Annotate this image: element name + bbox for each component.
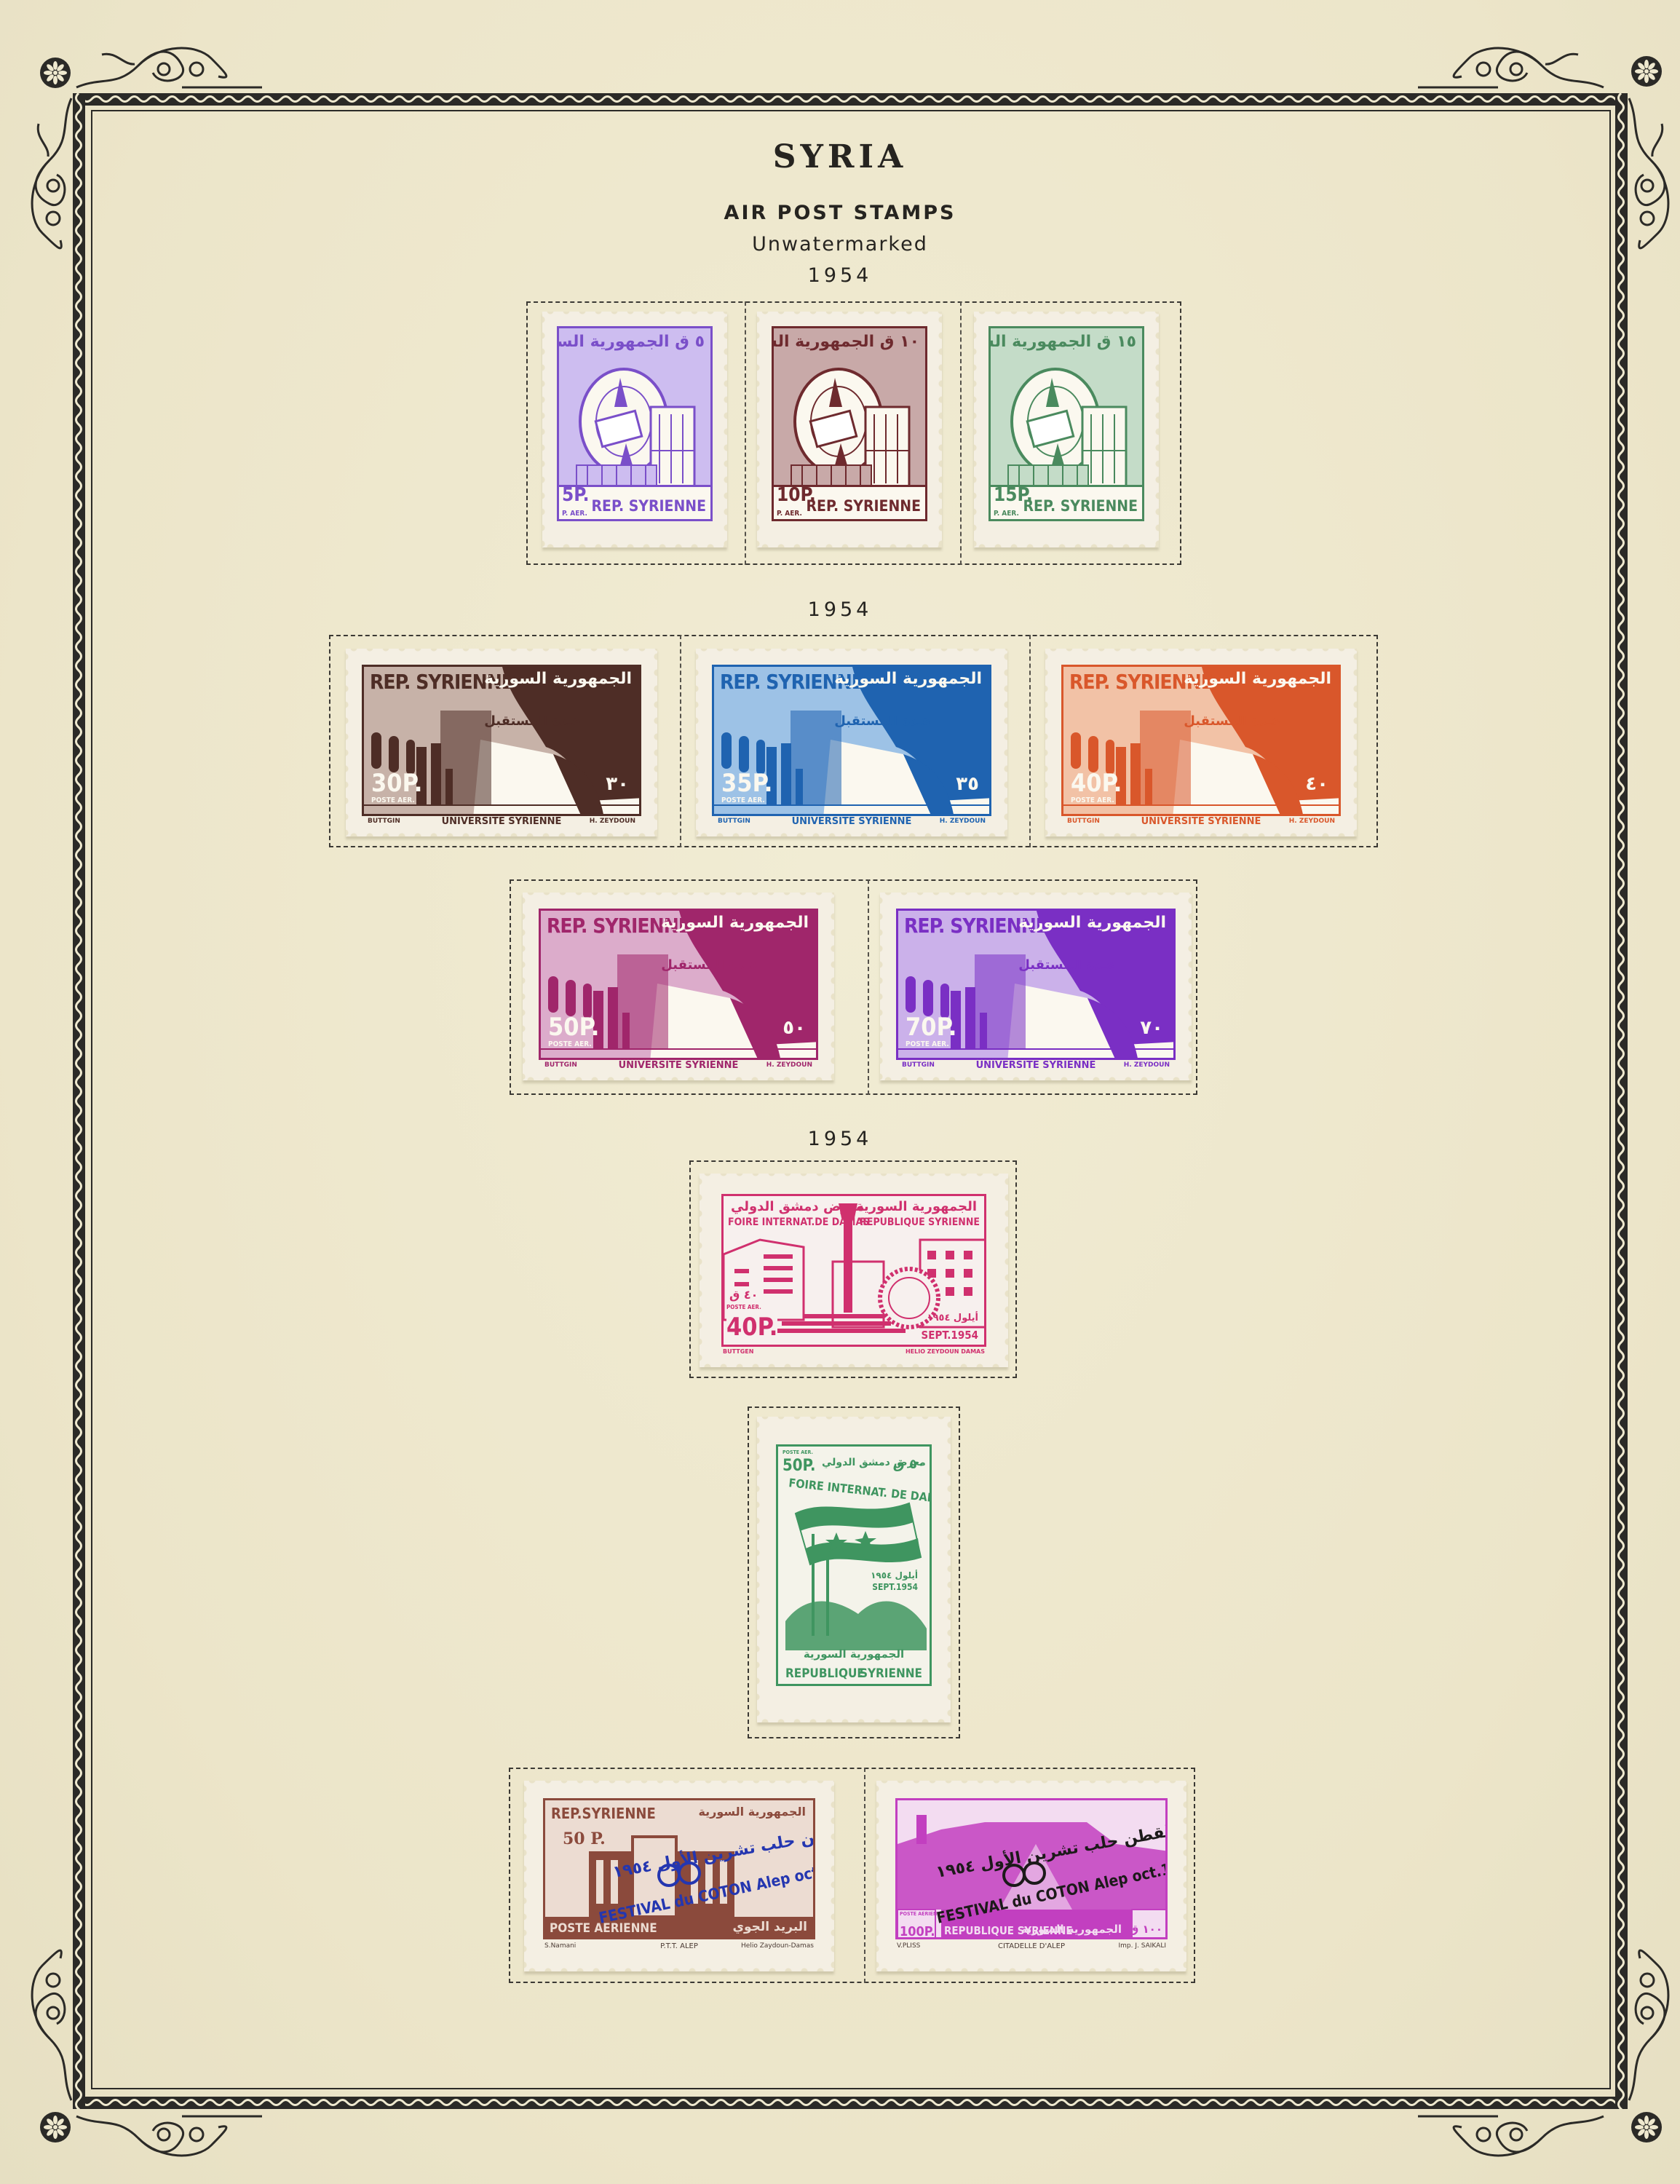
stamp[interactable]: REP. SYRIENNEالجمهورية السوريةعـدة المست… xyxy=(696,649,1007,836)
stamp-value-sub: P. AER. xyxy=(994,510,1019,518)
stamp-arabic-value: ٤٠ ق xyxy=(729,1288,758,1302)
stamp-value: 50P. xyxy=(548,1013,599,1042)
stamp-value-sub: P. AER. xyxy=(562,510,587,518)
flourish-ornament-icon xyxy=(1411,36,1607,95)
border-band-top xyxy=(73,93,1628,106)
stamp-design: POSTE AERIENNE100P.REPUBLIQUE SYRIENNEال… xyxy=(895,1798,1168,1939)
stamp-arabic-caption: عـدة المستقبل xyxy=(661,957,758,973)
stamp[interactable]: ١٥ ق الجمهورية السورية15P.P. AER.REP. SY… xyxy=(974,312,1159,547)
flourish-ornament-icon xyxy=(1411,2109,1607,2167)
stamp-value-sub: POSTE AER. xyxy=(906,1040,949,1048)
rosette-icon xyxy=(39,57,71,89)
flourish-ornament-icon xyxy=(1622,1907,1680,2104)
year-heading: 1954 xyxy=(0,264,1680,287)
mount-divider xyxy=(680,635,681,847)
mount-divider xyxy=(864,1768,865,1983)
stamp-engraver: H. ZEYDOUN xyxy=(590,818,635,825)
stamp-value: 30P. xyxy=(371,769,422,798)
stamp-arabic-legend: الجمهورية السورية xyxy=(1184,670,1331,688)
border-inner-rule-bottom xyxy=(91,2088,1611,2089)
stamp-arabic-value: ٣٠ xyxy=(606,773,629,795)
border-band-right xyxy=(1615,93,1628,2109)
stamp-arabic-legend: الجمهورية السورية xyxy=(698,1805,806,1819)
stamp-arabic-legend: ١٥ ق الجمهورية السورية xyxy=(988,333,1136,351)
stamp-arabic-legend: الجمهورية السورية xyxy=(484,670,632,688)
border-band-left xyxy=(73,93,85,2109)
stamp-legend-left: FOIRE INTERNAT.DE DAMAS xyxy=(728,1216,869,1228)
stamp-arabic-legend: الجمهورية السورية xyxy=(1018,914,1166,932)
stamp-value: 35P. xyxy=(721,769,772,798)
stamp-arabic-legend: ١٠ ق الجمهورية السورية xyxy=(772,333,919,351)
stamp[interactable]: REP. SYRIENNEالجمهورية السوريةعـدة المست… xyxy=(346,649,657,836)
stamp-design: ١٠ ق الجمهورية السورية10P.P. AER.REP. SY… xyxy=(772,326,927,521)
stamp-value: 5P. xyxy=(562,484,590,506)
stamp-value-sub: P. AER. xyxy=(777,510,802,518)
stamp-legend-right: REPUBLIQUE SYRIENNE xyxy=(860,1216,980,1228)
stamp-arabic-value: ٣٥ xyxy=(956,773,979,795)
stamp-date: SEPT.1954 xyxy=(922,1329,978,1342)
stamp-date-arabic: أيلول ١٩٥٤ xyxy=(927,1313,978,1324)
stamp-value-sub: POSTE AER. xyxy=(548,1040,592,1048)
section-title: AIR POST STAMPS xyxy=(0,202,1680,224)
stamp-arabic-legend: الجمهورية السورية xyxy=(834,670,982,688)
stamp-design: POSTE AER.50P.معرض دمشق الدولي٥٠ قFOIRE … xyxy=(776,1444,932,1686)
stamp-value-sub: POSTE AER. xyxy=(782,1449,813,1455)
stamp-value-sub: POSTE AER. xyxy=(1071,796,1114,804)
stamp[interactable]: REP.SYRIENNEالجمهورية السورية50 P.POSTE … xyxy=(524,1781,834,1971)
stamp-bottom-arabic: البريد الجوي xyxy=(732,1920,807,1934)
stamp-arabic-value: ٤٠ xyxy=(1305,773,1328,795)
stamp-design: REP.SYRIENNEالجمهورية السورية50 P.POSTE … xyxy=(543,1798,815,1939)
stamp-value-sub: POSTE AER. xyxy=(371,796,415,804)
stamp[interactable]: REP. SYRIENNEالجمهورية السوريةعـدة المست… xyxy=(1045,649,1357,836)
post-emblem-icon xyxy=(1001,363,1139,494)
stamp-arabic-caption: عـدة المستقبل xyxy=(484,713,581,729)
stamp-arabic-value: ٥٠ ق xyxy=(893,1457,925,1472)
mount-divider xyxy=(960,301,962,565)
stamp-value: 50P. xyxy=(782,1457,816,1475)
stamp-design: REP. SYRIENNEالجمهورية السوريةعـدة المست… xyxy=(712,665,991,816)
stamp[interactable]: POSTE AER.50P.معرض دمشق الدولي٥٠ قFOIRE … xyxy=(757,1417,951,1722)
mount-divider xyxy=(868,879,869,1095)
stamp[interactable]: REP. SYRIENNEالجمهورية السوريةعـدة المست… xyxy=(523,893,834,1080)
border-inner-rule-left xyxy=(91,110,92,2089)
stamp-arabic-caption: عـدة المستقبل xyxy=(834,713,931,729)
mount-divider xyxy=(745,301,746,565)
flourish-ornament-icon xyxy=(20,1907,79,2104)
flourish-ornament-icon xyxy=(20,95,79,291)
stamp-legend: REP.SYRIENNE xyxy=(551,1805,656,1822)
stamp-value: 70P. xyxy=(906,1013,956,1042)
stamp-arabic-legend-right: الجمهورية السورية xyxy=(856,1199,977,1214)
border-band-bottom xyxy=(73,2097,1628,2109)
stamp-engraver: H. ZEYDOUN xyxy=(766,1061,812,1069)
stamp-value: 40P. xyxy=(1071,769,1122,798)
stamp-value: 40P. xyxy=(726,1313,777,1342)
rosette-icon xyxy=(1631,2111,1663,2143)
stamp-engraver: HELIO ZEYDOUN DAMAS xyxy=(906,1348,985,1355)
stamp-arabic-caption: عـدة المستقبل xyxy=(1018,957,1115,973)
stamp-engraver: Imp. J. SAIKALI xyxy=(1119,1942,1167,1950)
stamp-value-sub: POSTE AER. xyxy=(726,1304,761,1310)
stamp-arabic-legend-left: معرض دمشق الدولي xyxy=(731,1199,865,1214)
stamp-value-sub: POSTE AER. xyxy=(721,796,765,804)
stamp-arabic-value: ١٠٠ ق xyxy=(1129,1923,1162,1936)
stamp-date: SEPT.1954 xyxy=(872,1582,918,1592)
stamp[interactable]: ٥ ق الجمهورية السورية5P.P. AER.REP. SYRI… xyxy=(542,312,727,547)
stamp-design: ١٥ ق الجمهورية السورية15P.P. AER.REP. SY… xyxy=(988,326,1144,521)
stamp-design: REP. SYRIENNEالجمهورية السوريةعـدة المست… xyxy=(1061,665,1341,816)
stamp-arabic-legend: ٥ ق الجمهورية السورية xyxy=(557,333,705,351)
stamp[interactable]: معرض دمشق الدوليالجمهورية السوريةFOIRE I… xyxy=(700,1174,1008,1367)
stamp[interactable]: ١٠ ق الجمهورية السورية10P.P. AER.REP. SY… xyxy=(757,312,942,547)
stamp-engraver: Helio Zaydoun-Damas xyxy=(741,1942,814,1950)
stamp-designer: BUTTGEN xyxy=(723,1348,753,1355)
stamp-design: معرض دمشق الدوليالجمهورية السوريةFOIRE I… xyxy=(721,1194,986,1347)
rosette-icon xyxy=(39,2111,71,2143)
stamp-value: 50 P. xyxy=(563,1829,606,1848)
stamp[interactable]: REP. SYRIENNEالجمهورية السوريةعـدة المست… xyxy=(880,893,1192,1080)
border-inner-rule-top xyxy=(91,110,1611,111)
stamp-legend-bottom-left: REPUBLIQUE xyxy=(785,1666,865,1681)
post-emblem-icon xyxy=(569,363,708,494)
stamp-arabic-value: ٥٠ xyxy=(782,1017,806,1039)
stamp-arabic-caption: عـدة المستقبل xyxy=(1184,713,1280,729)
stamp-legend: REP. SYRIENNE xyxy=(592,497,707,515)
stamp-arabic-bottom: الجمهورية السورية xyxy=(778,1647,930,1661)
stamp-design: REP. SYRIENNEالجمهورية السوريةعـدة المست… xyxy=(896,909,1176,1060)
stamp-legend: REP. SYRIENNE xyxy=(1023,497,1138,515)
stamp-legend-bottom-right: SYRIENNE xyxy=(860,1666,922,1681)
stamp-value: 100P. xyxy=(900,1924,935,1939)
mount-divider xyxy=(1029,635,1031,847)
stamp-design: ٥ ق الجمهورية السورية5P.P. AER.REP. SYRI… xyxy=(557,326,713,521)
stamp-design: REP. SYRIENNEالجمهورية السوريةعـدة المست… xyxy=(539,909,818,1060)
stamp-date-arabic: أيلول ١٩٥٤ xyxy=(871,1570,918,1580)
stamp-arabic-value: ٧٠ xyxy=(1140,1017,1163,1039)
stamp-arabic-legend: الجمهورية السورية xyxy=(661,914,809,932)
stamp-arabic-legend: الجمهورية السورية xyxy=(1021,1923,1122,1936)
border-inner-rule-right xyxy=(1609,110,1611,2089)
stamp-engraver: H. ZEYDOUN xyxy=(1289,818,1335,825)
flourish-ornament-icon xyxy=(73,2109,269,2167)
stamp-design: REP. SYRIENNEالجمهورية السوريةعـدة المست… xyxy=(362,665,641,816)
year-heading: 1954 xyxy=(0,598,1680,621)
stamp-engraver: H. ZEYDOUN xyxy=(940,818,986,825)
stamp[interactable]: POSTE AERIENNE100P.REPUBLIQUE SYRIENNEال… xyxy=(876,1781,1186,1971)
stamp-engraver: H. ZEYDOUN xyxy=(1124,1061,1170,1069)
flourish-ornament-icon xyxy=(73,36,269,95)
post-emblem-icon xyxy=(784,363,922,494)
page-title: SYRIA xyxy=(0,138,1680,175)
flourish-ornament-icon xyxy=(1622,95,1680,291)
stamp-legend: REP. SYRIENNE xyxy=(807,497,922,515)
year-heading: 1954 xyxy=(0,1128,1680,1150)
rosette-icon xyxy=(1631,55,1663,87)
watermark-note: Unwatermarked xyxy=(0,233,1680,256)
